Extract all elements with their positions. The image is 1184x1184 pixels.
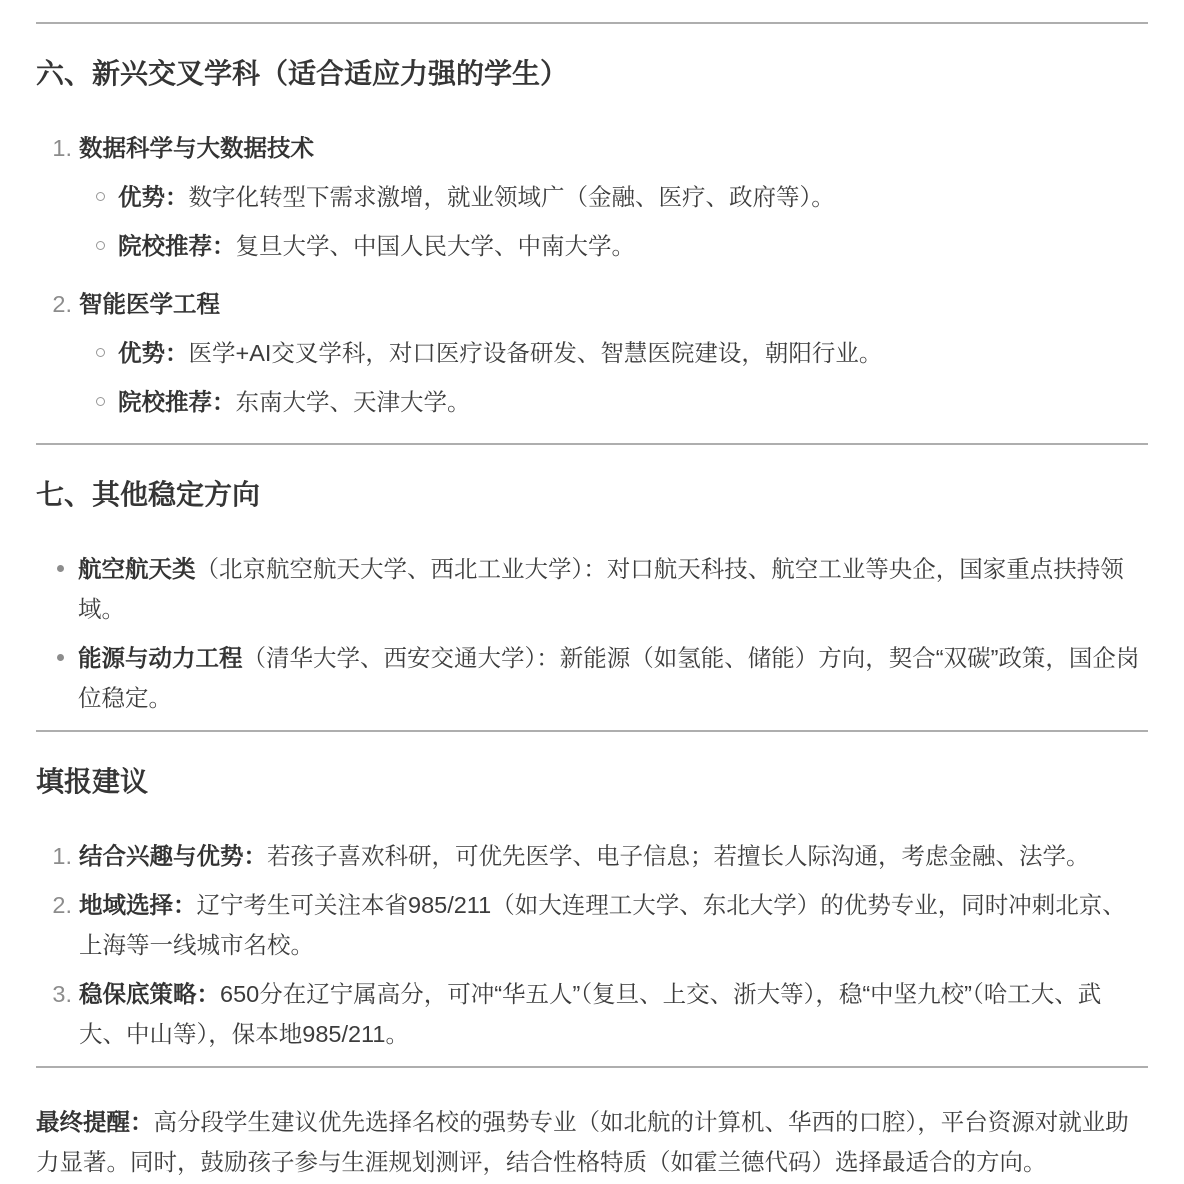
section-heading-7: 七、其他稳定方向 <box>36 479 1148 511</box>
final-note: 最终提醒：高分段学生建议优先选择名校的强势专业（如北航的计算机、华西的口腔），平… <box>36 1102 1148 1182</box>
advice-heading: 填报建议 <box>36 766 1148 798</box>
item-label: 稳保底策略： <box>79 981 220 1007</box>
section-divider <box>36 443 1148 445</box>
circle-bullet-icon <box>96 192 105 201</box>
dot-bullet-icon <box>57 654 64 661</box>
numbered-item: 2. 地域选择：辽宁考生可关注本省985/211（如大连理工大学、东北大学）的优… <box>36 885 1148 965</box>
item-text: （北京航空航天大学、西北工业大学）：对口航天科技、航空工业等央企，国家重点扶持领… <box>78 556 1124 622</box>
sub-item-label: 院校推荐： <box>118 389 236 415</box>
section-divider <box>36 1066 1148 1068</box>
list-number: 2. <box>36 284 72 324</box>
section7-list: 航空航天类（北京航空航天大学、西北工业大学）：对口航天科技、航空工业等央企，国家… <box>36 549 1148 718</box>
section-divider-top <box>36 22 1148 24</box>
final-note-label: 最终提醒： <box>36 1109 154 1135</box>
sub-list: 优势：数字化转型下需求激增，就业领域广（金融、医疗、政府等）。 院校推荐：复旦大… <box>79 177 1148 266</box>
section6-list: 1. 数据科学与大数据技术 优势：数字化转型下需求激增，就业领域广（金融、医疗、… <box>36 128 1148 431</box>
list-number: 1. <box>36 128 72 168</box>
document-page: 六、新兴交叉学科（适合适应力强的学生） 1. 数据科学与大数据技术 优势：数字化… <box>0 0 1184 1184</box>
final-note-text: 高分段学生建议优先选择名校的强势专业（如北航的计算机、华西的口腔），平台资源对就… <box>36 1109 1129 1175</box>
sub-item-label: 优势： <box>118 184 189 210</box>
numbered-item: 3. 稳保底策略：650分在辽宁属高分，可冲“华五人”（复旦、上交、浙大等），稳… <box>36 974 1148 1054</box>
item-label: 地域选择： <box>79 892 197 918</box>
bulleted-item: 能源与动力工程（清华大学、西安交通大学）：新能源（如氢能、储能）方向，契合“双碳… <box>36 638 1148 718</box>
dot-bullet-icon <box>57 565 64 572</box>
advice-list: 1. 结合兴趣与优势：若孩子喜欢科研，可优先医学、电子信息；若擅长人际沟通，考虑… <box>36 836 1148 1054</box>
list-item-body: 数据科学与大数据技术 优势：数字化转型下需求激增，就业领域广（金融、医疗、政府等… <box>79 128 1148 275</box>
sub-item-text: 复旦大学、中国人民大学、中南大学。 <box>236 233 636 259</box>
item-label: 航空航天类 <box>78 556 196 582</box>
list-item: 2. 地域选择：辽宁考生可关注本省985/211（如大连理工大学、东北大学）的优… <box>36 885 1148 965</box>
circle-bullet-icon <box>96 241 105 250</box>
sub-list-item: 院校推荐：复旦大学、中国人民大学、中南大学。 <box>79 226 1148 266</box>
item-text: 辽宁考生可关注本省985/211（如大连理工大学、东北大学）的优势专业，同时冲刺… <box>79 892 1126 958</box>
section-heading-6: 六、新兴交叉学科（适合适应力强的学生） <box>36 58 1148 90</box>
sub-list-item: 优势：数字化转型下需求激增，就业领域广（金融、医疗、政府等）。 <box>79 177 1148 217</box>
list-number: 3. <box>36 974 72 1014</box>
sub-list-item: 优势：医学+AI交叉学科，对口医疗设备研发、智慧医院建设，朝阳行业。 <box>79 333 1148 373</box>
bulleted-item: 航空航天类（北京航空航天大学、西北工业大学）：对口航天科技、航空工业等央企，国家… <box>36 549 1148 629</box>
sub-item-label: 院校推荐： <box>118 233 236 259</box>
list-item: 2. 智能医学工程 优势：医学+AI交叉学科，对口医疗设备研发、智慧医院建设，朝… <box>36 284 1148 431</box>
item-label: 结合兴趣与优势： <box>79 843 267 869</box>
item-text: 若孩子喜欢科研，可优先医学、电子信息；若擅长人际沟通，考虑金融、法学。 <box>267 843 1090 869</box>
list-item-body: 智能医学工程 优势：医学+AI交叉学科，对口医疗设备研发、智慧医院建设，朝阳行业… <box>79 284 1148 431</box>
item-title: 数据科学与大数据技术 <box>79 135 314 161</box>
list-item: 1. 结合兴趣与优势：若孩子喜欢科研，可优先医学、电子信息；若擅长人际沟通，考虑… <box>36 836 1148 876</box>
list-item: 3. 稳保底策略：650分在辽宁属高分，可冲“华五人”（复旦、上交、浙大等），稳… <box>36 974 1148 1054</box>
sub-item-text: 东南大学、天津大学。 <box>236 389 471 415</box>
section-divider <box>36 730 1148 732</box>
list-item: 航空航天类（北京航空航天大学、西北工业大学）：对口航天科技、航空工业等央企，国家… <box>36 549 1148 629</box>
item-title: 智能医学工程 <box>79 291 220 317</box>
list-number: 1. <box>36 836 72 876</box>
numbered-item: 2. 智能医学工程 优势：医学+AI交叉学科，对口医疗设备研发、智慧医院建设，朝… <box>36 284 1148 431</box>
circle-bullet-icon <box>96 397 105 406</box>
list-number: 2. <box>36 885 72 925</box>
sub-item-text: 数字化转型下需求激增，就业领域广（金融、医疗、政府等）。 <box>189 184 835 210</box>
sub-item-text: 医学+AI交叉学科，对口医疗设备研发、智慧医院建设，朝阳行业。 <box>189 340 883 366</box>
list-item: 1. 数据科学与大数据技术 优势：数字化转型下需求激增，就业领域广（金融、医疗、… <box>36 128 1148 275</box>
sub-list-item: 院校推荐：东南大学、天津大学。 <box>79 382 1148 422</box>
item-text: 650分在辽宁属高分，可冲“华五人”（复旦、上交、浙大等），稳“中坚九校”（哈工… <box>79 981 1101 1047</box>
sub-list: 优势：医学+AI交叉学科，对口医疗设备研发、智慧医院建设，朝阳行业。 院校推荐：… <box>79 333 1148 422</box>
sub-item-label: 优势： <box>118 340 189 366</box>
numbered-item: 1. 数据科学与大数据技术 优势：数字化转型下需求激增，就业领域广（金融、医疗、… <box>36 128 1148 275</box>
circle-bullet-icon <box>96 348 105 357</box>
numbered-item: 1. 结合兴趣与优势：若孩子喜欢科研，可优先医学、电子信息；若擅长人际沟通，考虑… <box>36 836 1148 876</box>
item-label: 能源与动力工程 <box>78 645 243 671</box>
list-item: 能源与动力工程（清华大学、西安交通大学）：新能源（如氢能、储能）方向，契合“双碳… <box>36 638 1148 718</box>
